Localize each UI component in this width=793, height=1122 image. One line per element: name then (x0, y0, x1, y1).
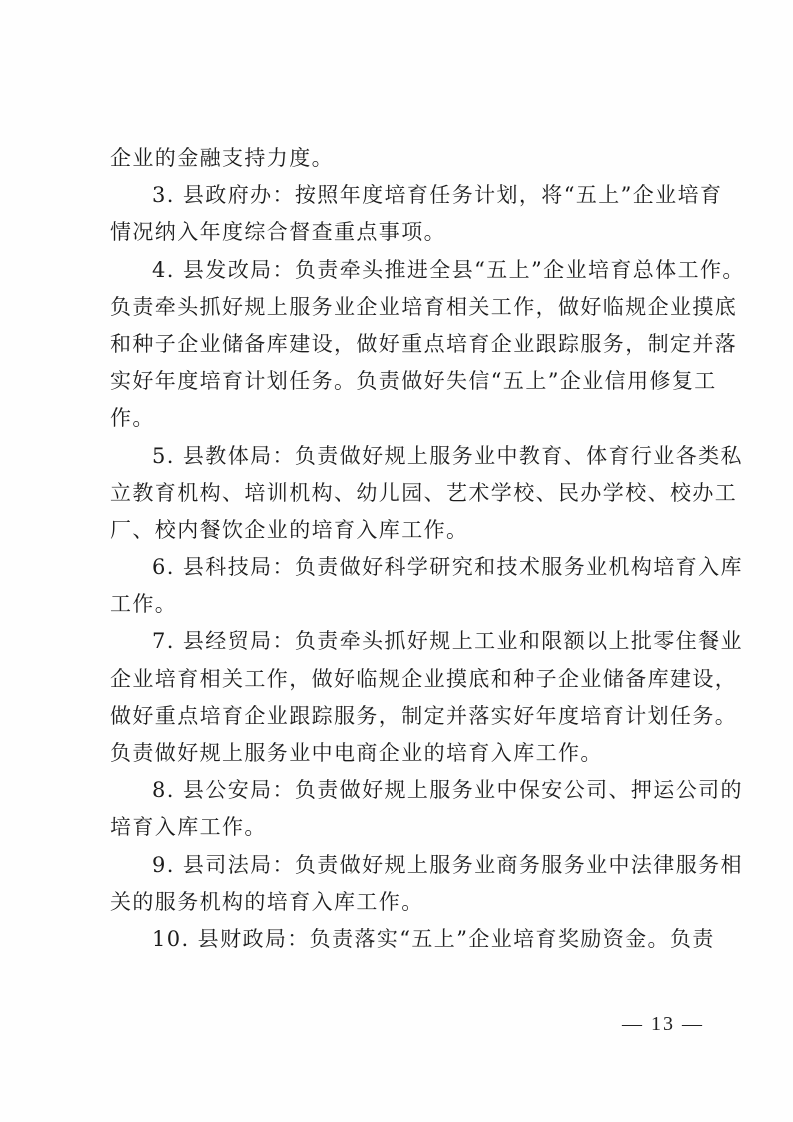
text-line: 和种子企业储备库建设，做好重点培育企业跟踪服务，制定并落 (110, 326, 695, 363)
text-line: 厂、校内餐饮企业的培育入库工作。 (110, 512, 695, 549)
text-line-item-8-start: 8. 县公安局：负责做好规上服务业中保安公司、押运公司的 (110, 772, 695, 809)
text-line-item-10-start: 10. 县财政局：负责落实“五上”企业培育奖励资金。负责 (110, 921, 695, 958)
text-line: 立教育机构、培训机构、幼儿园、艺术学校、民办学校、校办工 (110, 475, 695, 512)
text-line: 企业的金融支持力度。 (110, 140, 695, 177)
text-line: 做好重点培育企业跟踪服务，制定并落实好年度培育计划任务。 (110, 698, 695, 735)
text-line: 作。 (110, 400, 695, 437)
text-line-item-3-start: 3. 县政府办：按照年度培育任务计划，将“五上”企业培育 (110, 177, 695, 214)
document-body: 企业的金融支持力度。 3. 县政府办：按照年度培育任务计划，将“五上”企业培育 … (110, 140, 695, 958)
text-line-item-4-start: 4. 县发改局：负责牵头推进全县“五上”企业培育总体工作。 (110, 252, 695, 289)
text-line-item-6-start: 6. 县科技局：负责做好科学研究和技术服务业机构培育入库 (110, 549, 695, 586)
text-line: 培育入库工作。 (110, 809, 695, 846)
document-page: 企业的金融支持力度。 3. 县政府办：按照年度培育任务计划，将“五上”企业培育 … (0, 0, 793, 1122)
text-line: 实好年度培育计划任务。负责做好失信“五上”企业信用修复工 (110, 363, 695, 400)
text-line-item-7-start: 7. 县经贸局：负责牵头抓好规上工业和限额以上批零住餐业 (110, 623, 695, 660)
text-line-item-5-start: 5. 县教体局：负责做好规上服务业中教育、体育行业各类私 (110, 438, 695, 475)
text-line: 关的服务机构的培育入库工作。 (110, 884, 695, 921)
text-line: 负责牵头抓好规上服务业企业培育相关工作，做好临规企业摸底 (110, 289, 695, 326)
page-number: — 13 — (622, 1013, 704, 1036)
text-line: 企业培育相关工作，做好临规企业摸底和种子企业储备库建设， (110, 661, 695, 698)
text-line: 负责做好规上服务业中电商企业的培育入库工作。 (110, 735, 695, 772)
text-line: 情况纳入年度综合督查重点事项。 (110, 214, 695, 251)
text-line: 工作。 (110, 586, 695, 623)
text-line-item-9-start: 9. 县司法局：负责做好规上服务业商务服务业中法律服务相 (110, 847, 695, 884)
